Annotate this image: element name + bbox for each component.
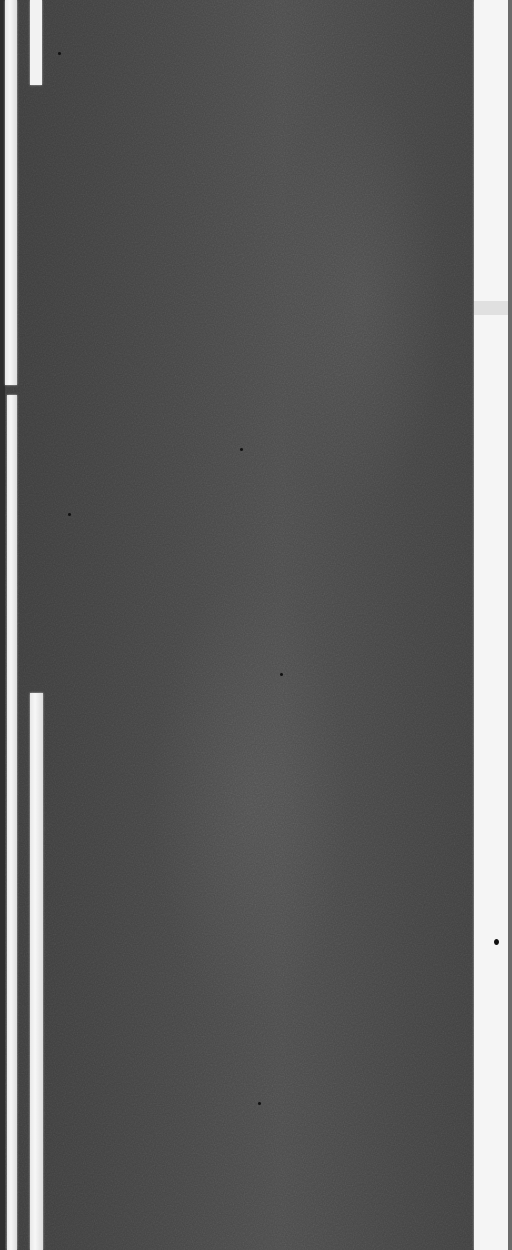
road-photo bbox=[0, 0, 512, 1250]
debris-speck bbox=[68, 513, 71, 516]
left-double-line-inner bbox=[30, 693, 43, 1250]
right-shoulder bbox=[508, 0, 512, 1250]
asphalt-texture bbox=[0, 0, 512, 1250]
debris-speck bbox=[280, 673, 283, 676]
left-center-line-upper bbox=[5, 0, 17, 385]
debris-speck bbox=[258, 1102, 261, 1105]
left-dash-stub bbox=[30, 0, 42, 85]
debris-speck bbox=[240, 448, 243, 451]
right-line-seam bbox=[474, 301, 508, 315]
debris-speck bbox=[58, 52, 61, 55]
right-edge-line bbox=[474, 0, 508, 1250]
left-center-line-lower bbox=[7, 395, 17, 1250]
debris-speck bbox=[494, 939, 499, 945]
